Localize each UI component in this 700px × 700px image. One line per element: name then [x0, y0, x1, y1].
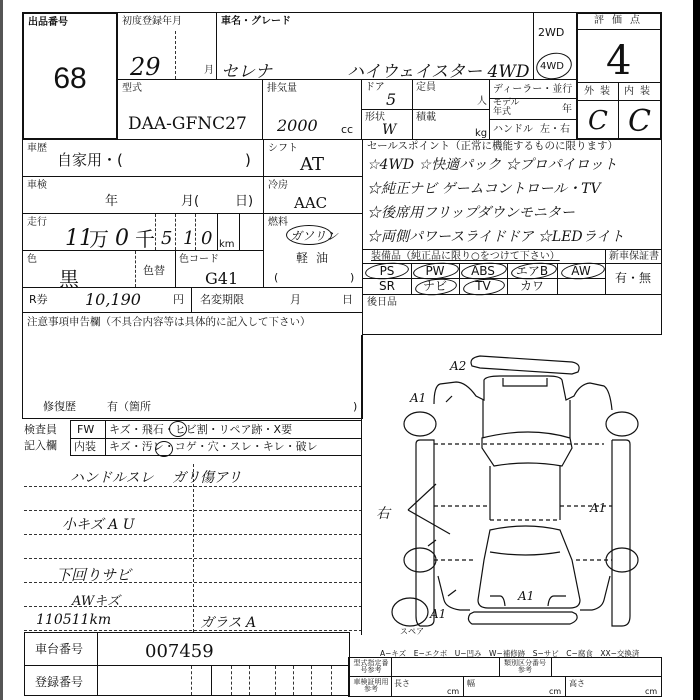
width-label: 幅	[467, 678, 475, 689]
damage-note-left: 右	[376, 506, 392, 522]
divider	[565, 676, 566, 696]
divider	[463, 676, 464, 696]
class-number-label: 類別区分番号参考	[501, 660, 549, 674]
spare-label: スペア	[400, 627, 424, 636]
damage-mark-front-bumper: A2	[449, 359, 466, 373]
damage-mark-rear-left: A1	[429, 607, 446, 621]
car-damage-diagram: A2 A1 A1 A1 A1 右 スペア	[0, 0, 700, 700]
cert-label: 車検証明用参考	[351, 679, 391, 693]
length-label: 長さ	[394, 678, 410, 689]
cm-unit: cm	[645, 686, 657, 697]
divider	[499, 658, 500, 676]
spec-table: 型式指定番号参考 類別区分番号参考 車検証明用参考 長さ cm 幅 cm 高さ …	[348, 657, 662, 697]
damage-mark-rear-glass: A1	[517, 589, 534, 603]
height-label: 高さ	[569, 678, 585, 689]
damage-mark-right-side: A1	[589, 501, 606, 515]
cm-unit: cm	[447, 686, 459, 697]
divider	[361, 335, 362, 635]
damage-mark-front-left: A1	[409, 391, 426, 405]
type-number-label: 型式指定番号参考	[351, 660, 391, 674]
divider	[391, 658, 392, 696]
divider	[349, 676, 661, 677]
divider	[551, 658, 552, 676]
cm-unit: cm	[549, 686, 561, 697]
